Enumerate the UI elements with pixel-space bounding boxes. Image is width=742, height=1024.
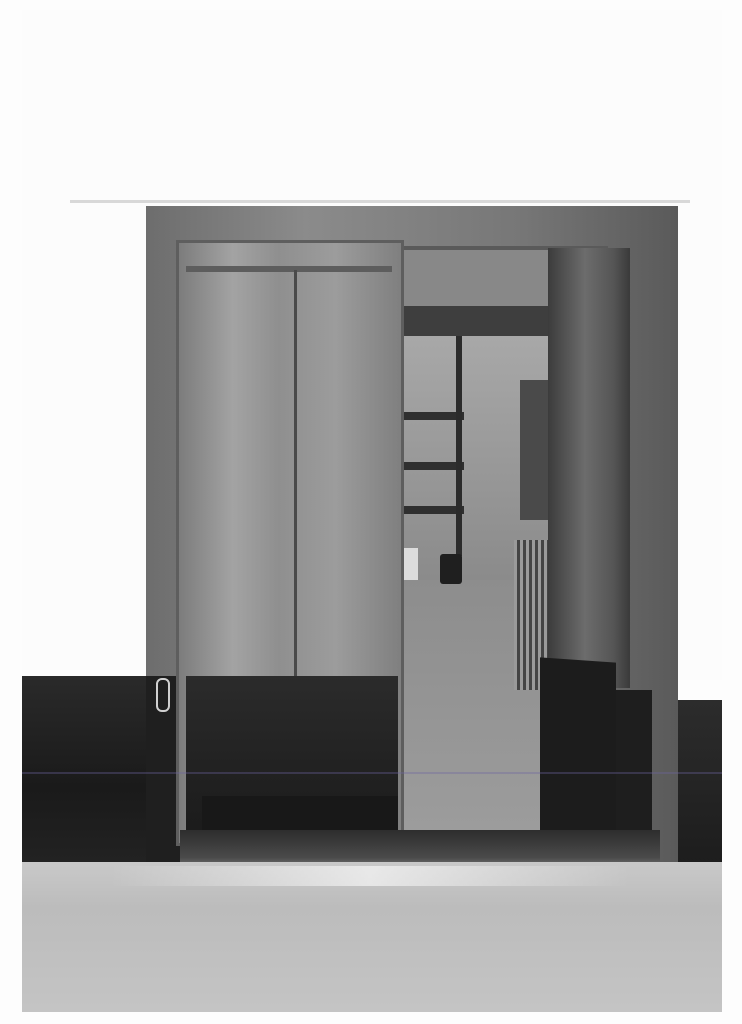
support-post xyxy=(456,336,462,556)
shelf xyxy=(404,412,464,420)
shelf xyxy=(404,506,464,514)
floor-highlight xyxy=(110,866,630,886)
plinth-left xyxy=(22,676,162,862)
lintel-shadow xyxy=(70,200,690,203)
right-door-lower-panel xyxy=(540,657,616,836)
hasp-ring xyxy=(156,678,170,712)
right-door-open xyxy=(548,248,630,688)
overhead-beam xyxy=(404,306,570,336)
scan-artifact-line xyxy=(22,772,722,774)
left-door-rail xyxy=(186,266,392,272)
paint-can xyxy=(440,554,462,584)
left-door-plank-seam xyxy=(294,270,297,680)
shelf xyxy=(404,462,464,470)
white-bucket xyxy=(404,548,418,580)
